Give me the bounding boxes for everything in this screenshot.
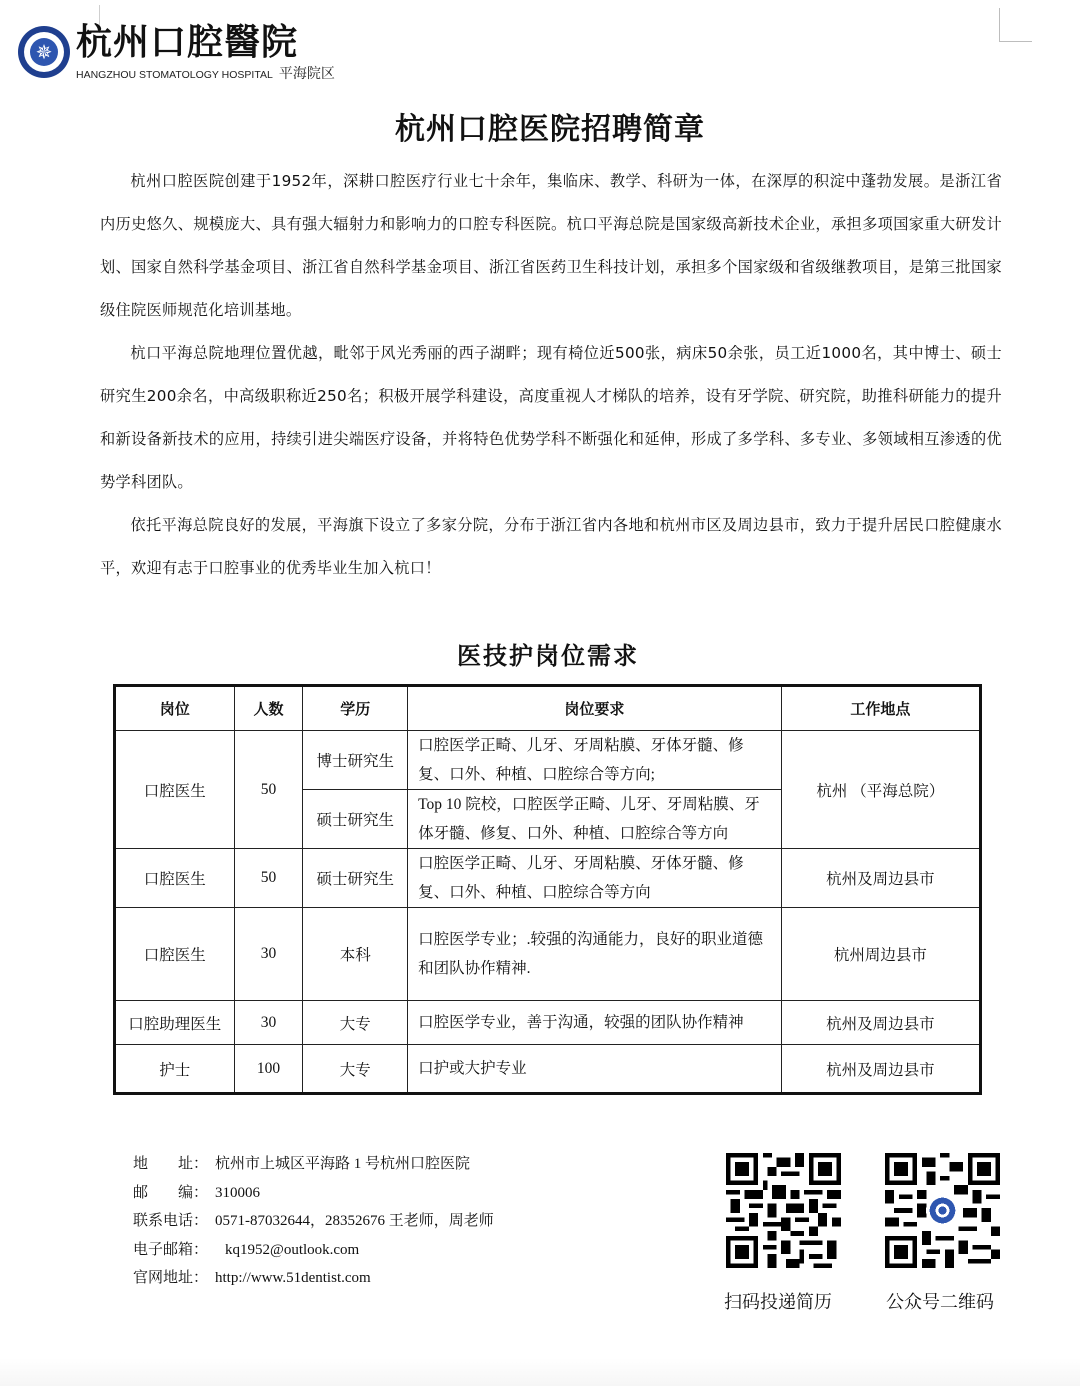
requirement-cell: 口腔医学专业，善于沟通，较强的团队协作精神 [408,1001,782,1045]
postcode-value: 310006 [215,1179,260,1208]
table-row: 口腔助理医生 30 大专 口腔医学专业，善于沟通，较强的团队协作精神 杭州及周边… [115,1001,981,1045]
education-cell: 大专 [303,1001,408,1045]
logo-english-name: HANGZHOU STOMATOLOGY HOSPITAL [76,69,273,81]
address-row: 地 址： 杭州市上城区平海路 1 号杭州口腔医院 [133,1150,494,1179]
column-header: 岗位 [115,686,235,731]
logo-chinese-name: 杭州口腔醫院 [76,23,335,61]
website-link[interactable]: http://www.51dentist.com [215,1264,371,1293]
postcode-label: 邮 编： [133,1179,215,1208]
education-cell: 博士研究生 [303,731,408,790]
education-cell: 大专 [303,1045,408,1094]
qr-caption-resume: 扫码投递简历 [724,1288,832,1314]
education-cell: 硕士研究生 [303,849,408,908]
column-header: 人数 [234,686,303,731]
address-value: 杭州市上城区平海路 1 号杭州口腔医院 [215,1150,470,1179]
page-bottom-edge [0,1358,1080,1386]
count-cell: 50 [234,849,303,908]
position-cell: 护士 [115,1045,235,1094]
phone-value: 0571-87032644，28352676 王老师，周老师 [215,1207,494,1236]
job-requirements-table: 岗位 人数 学历 岗位要求 工作地点 口腔医生 50 博士研究生 口腔医学正畸、… [113,684,982,1095]
email-row: 电子邮箱： kq1952@outlook.com [133,1236,494,1265]
hospital-emblem-icon: ✵ [18,26,70,78]
education-cell: 本科 [303,908,408,1001]
crop-mark [999,41,1032,42]
website-label: 官网地址： [133,1264,215,1293]
column-header: 工作地点 [781,686,980,731]
section-title: 医技护岗位需求 [0,636,1080,671]
qr-code-icon [885,1153,1000,1268]
requirement-cell: 口腔医学正畸、儿牙、牙周粘膜、牙体牙髓、修复、口外、种植、口腔综合等方向 [408,849,782,908]
location-cell: 杭州及周边县市 [781,849,980,908]
intro-paragraph: 杭口平海总院地理位置优越，毗邻于风光秀丽的西子湖畔；现有椅位近500张，病床50… [100,332,1002,504]
qr-code-icon [726,1153,841,1268]
requirement-cell: Top 10 院校，口腔医学正畸、儿牙、牙周粘膜、牙体牙髓、修复、口外、种植、口… [408,790,782,849]
table-row: 口腔医生 30 本科 口腔医学专业；.较强的沟通能力，良好的职业道德和团队协作精… [115,908,981,1001]
intro-paragraph: 杭州口腔医院创建于1952年，深耕口腔医疗行业七十余年，集临床、教学、科研为一体… [100,160,1002,332]
phone-label: 联系电话： [133,1207,215,1236]
education-cell: 硕士研究生 [303,790,408,849]
qr-caption-wechat: 公众号二维码 [886,1288,994,1314]
email-value[interactable]: kq1952@outlook.com [225,1236,359,1265]
page-title: 杭州口腔医院招聘简章 [0,104,1080,148]
hospital-logo: ✵ 杭州口腔醫院 HANGZHOU STOMATOLOGY HOSPITAL 平… [18,24,335,80]
column-header: 学历 [303,686,408,731]
count-cell: 50 [234,731,303,849]
logo-branch-name: 平海院区 [279,63,335,83]
table-row: 护士 100 大专 口护或大护专业 杭州及周边县市 [115,1045,981,1094]
location-cell: 杭州周边县市 [781,908,980,1001]
contact-info: 地 址： 杭州市上城区平海路 1 号杭州口腔医院 邮 编： 310006 联系电… [133,1150,494,1293]
column-header: 岗位要求 [408,686,782,731]
count-cell: 100 [234,1045,303,1094]
requirement-cell: 口护或大护专业 [408,1045,782,1094]
phone-row: 联系电话： 0571-87032644，28352676 王老师，周老师 [133,1207,494,1236]
postcode-row: 邮 编： 310006 [133,1179,494,1208]
count-cell: 30 [234,1001,303,1045]
website-row: 官网地址： http://www.51dentist.com [133,1264,494,1293]
location-cell: 杭州及周边县市 [781,1001,980,1045]
intro-text: 杭州口腔医院创建于1952年，深耕口腔医疗行业七十余年，集临床、教学、科研为一体… [100,160,1002,590]
crop-mark [999,8,1000,42]
position-cell: 口腔医生 [115,731,235,849]
location-cell: 杭州 （平海总院） [781,731,980,849]
table-row: 口腔医生 50 博士研究生 口腔医学正畸、儿牙、牙周粘膜、牙体牙髓、修复、口外、… [115,731,981,790]
email-label: 电子邮箱： [133,1236,225,1265]
position-cell: 口腔医生 [115,908,235,1001]
position-cell: 口腔医生 [115,849,235,908]
address-label: 地 址： [133,1150,215,1179]
requirement-cell: 口腔医学专业；.较强的沟通能力，良好的职业道德和团队协作精神. [408,908,782,1001]
count-cell: 30 [234,908,303,1001]
location-cell: 杭州及周边县市 [781,1045,980,1094]
requirement-cell: 口腔医学正畸、儿牙、牙周粘膜、牙体牙髓、修复、口外、种植、口腔综合等方向; [408,731,782,790]
table-row: 口腔医生 50 硕士研究生 口腔医学正畸、儿牙、牙周粘膜、牙体牙髓、修复、口外、… [115,849,981,908]
intro-paragraph: 依托平海总院良好的发展，平海旗下设立了多家分院，分布于浙江省内各地和杭州市区及周… [100,504,1002,590]
table-header-row: 岗位 人数 学历 岗位要求 工作地点 [115,686,981,731]
position-cell: 口腔助理医生 [115,1001,235,1045]
